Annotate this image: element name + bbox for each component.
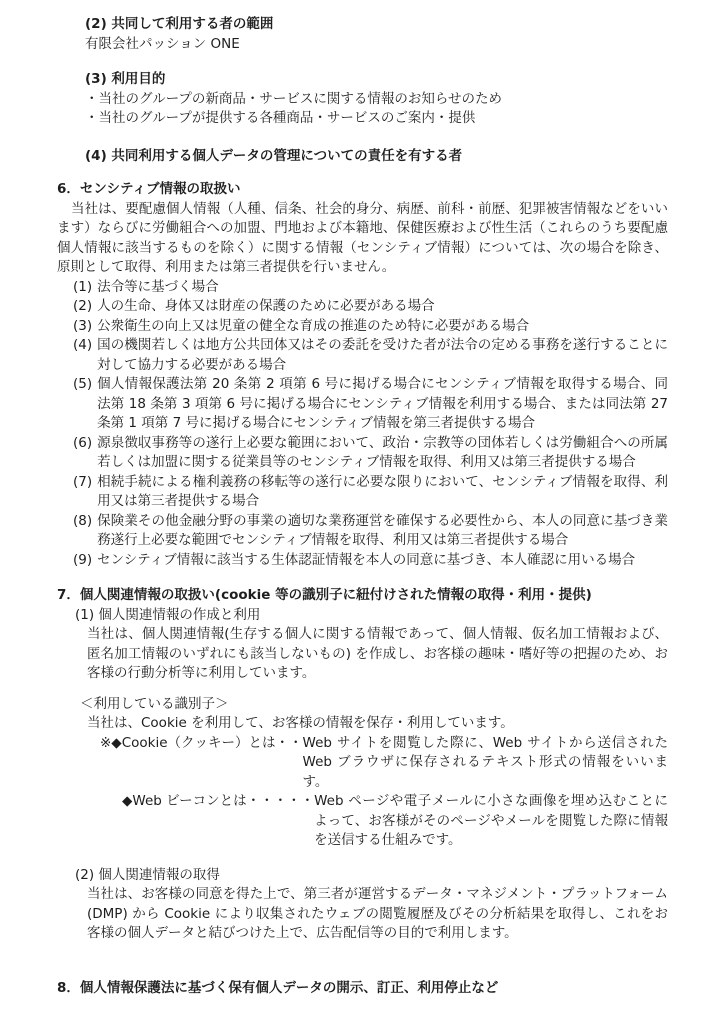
item-text: 人の生命、身体又は財産の保護のために必要がある場合	[97, 297, 668, 317]
cookie-definition: ※◆Cookie（クッキー）とは・・ Web サイトを閲覧した際に、Web サイ…	[100, 734, 668, 793]
item-number: (7)	[73, 473, 97, 512]
web-beacon-definition: ◆Web ビーコンとは・・・・・ Web ページや電子メールに小さな画像を埋め込…	[122, 792, 668, 851]
sensitive-info-item-8: (8) 保険業その他金融分野の事業の適切な業務運営を確保する必要性から、本人の同…	[73, 512, 668, 551]
clause-3-heading: (3) 利用目的	[85, 70, 668, 90]
item-number: (8)	[73, 512, 97, 551]
sub-item-2-heading: (2) 個人関連情報の取得	[75, 866, 668, 886]
item-text: 国の機関若しくは地方公共団体又はその委託を受けた者が法令の定める事務を遂行するこ…	[97, 336, 668, 375]
section-6-intro: 当社は、要配慮個人情報（人種、信条、社会的身分、病歴、前科・前歴、犯罪被害情報な…	[57, 200, 668, 278]
cookie-definition-term: ※◆Cookie（クッキー）とは・・	[100, 734, 303, 793]
item-number: (2)	[73, 297, 97, 317]
sensitive-info-item-6: (6) 源泉徴収事務等の遂行上必要な範囲において、政治・宗教等の団体若しくは労働…	[73, 434, 668, 473]
item-text: 個人情報保護法第 20 条第 2 項第 6 号に掲げる場合にセンシティブ情報を取…	[97, 375, 668, 434]
sub-item-1-body: 当社は、個人関連情報(生存する個人に関する情報であって、個人情報、仮名加工情報お…	[87, 625, 668, 684]
sensitive-info-item-5: (5) 個人情報保護法第 20 条第 2 項第 6 号に掲げる場合にセンシティブ…	[73, 375, 668, 434]
company-name: 有限会社パッション ONE	[85, 35, 668, 55]
identifier-label: ＜利用している識別子＞	[80, 695, 668, 715]
cookie-definition-desc: Web サイトを閲覧した際に、Web サイトから送信された Web ブラウザに保…	[303, 734, 668, 793]
item-text: 法令等に基づく場合	[97, 278, 668, 298]
item-text: 保険業その他金融分野の事業の適切な業務運営を確保する必要性から、本人の同意に基づ…	[97, 512, 668, 551]
clause-2-heading: (2) 共同して利用する者の範囲	[85, 15, 668, 35]
sensitive-info-item-4: (4) 国の機関若しくは地方公共団体又はその委託を受けた者が法令の定める事務を遂…	[73, 336, 668, 375]
sensitive-info-list: (1) 法令等に基づく場合 (2) 人の生命、身体又は財産の保護のために必要があ…	[73, 278, 668, 571]
sensitive-info-item-2: (2) 人の生命、身体又は財産の保護のために必要がある場合	[73, 297, 668, 317]
sub-item-2-body: 当社は、お客様の同意を得た上で、第三者が運営するデータ・マネジメント・プラットフ…	[87, 885, 668, 944]
identifier-block: ＜利用している識別子＞ 当社は、Cookie を利用して、お客様の情報を保存・利…	[57, 695, 668, 851]
related-info-sub1: (1) 個人関連情報の作成と利用 当社は、個人関連情報(生存する個人に関する情報…	[57, 606, 668, 684]
item-number: (4)	[73, 336, 97, 375]
sensitive-info-item-9: (9) センシティブ情報に該当する生体認証情報を本人の同意に基づき、本人確認に用…	[73, 551, 668, 571]
section-7-heading: 7．個人関連情報の取扱い(cookie 等の識別子に紐付けされた情報の取得・利用…	[57, 586, 668, 606]
item-number: (5)	[73, 375, 97, 434]
section-6-heading: 6．センシティブ情報の取扱い	[57, 180, 668, 200]
joint-use-block: (2) 共同して利用する者の範囲 有限会社パッション ONE (3) 利用目的 …	[85, 15, 668, 166]
cookie-usage-line: 当社は、Cookie を利用して、お客様の情報を保存・利用しています。	[87, 714, 668, 734]
item-number: (1)	[73, 278, 97, 298]
web-beacon-definition-desc: Web ページや電子メールに小さな画像を埋め込むことによって、お客様がそのページ…	[314, 792, 668, 851]
sensitive-info-item-7: (7) 相続手続による権利義務の移転等の遂行に必要な限りにおいて、センシティブ情…	[73, 473, 668, 512]
section-8-heading: 8．個人情報保護法に基づく保有個人データの開示、訂正、利用停止など	[57, 979, 668, 999]
item-number: (9)	[73, 551, 97, 571]
web-beacon-definition-term: ◆Web ビーコンとは・・・・・	[122, 792, 314, 851]
item-text: 公衆衛生の向上又は児童の健全な育成の推進のため特に必要がある場合	[97, 317, 668, 337]
item-text: センシティブ情報に該当する生体認証情報を本人の同意に基づき、本人確認に用いる場合	[97, 551, 668, 571]
related-info-sub2: (2) 個人関連情報の取得 当社は、お客様の同意を得た上で、第三者が運営するデー…	[57, 866, 668, 944]
item-text: 源泉徴収事務等の遂行上必要な範囲において、政治・宗教等の団体若しくは労働組合への…	[97, 434, 668, 473]
privacy-policy-document-page: (2) 共同して利用する者の範囲 有限会社パッション ONE (3) 利用目的 …	[0, 0, 727, 1024]
item-number: (3)	[73, 317, 97, 337]
sensitive-info-item-3: (3) 公衆衛生の向上又は児童の健全な育成の推進のため特に必要がある場合	[73, 317, 668, 337]
purpose-bullet-1: ・当社のグループの新商品・サービスに関する情報のお知らせのため	[85, 90, 668, 110]
purpose-bullet-2: ・当社のグループが提供する各種商品・サービスのご案内・提供	[85, 109, 668, 129]
sensitive-info-item-1: (1) 法令等に基づく場合	[73, 278, 668, 298]
item-number: (6)	[73, 434, 97, 473]
sub-item-1-heading: (1) 個人関連情報の作成と利用	[75, 606, 668, 626]
clause-4-heading: (4) 共同利用する個人データの管理についての責任を有する者	[85, 147, 668, 167]
item-text: 相続手続による権利義務の移転等の遂行に必要な限りにおいて、センシティブ情報を取得…	[97, 473, 668, 512]
